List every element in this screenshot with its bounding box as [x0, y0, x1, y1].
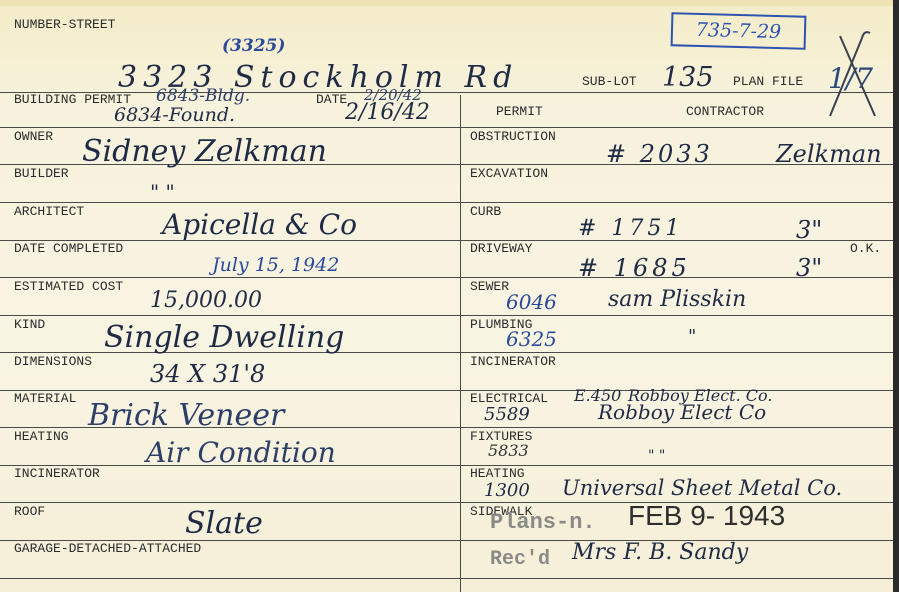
number-street-label: NUMBER-STREET: [14, 17, 115, 32]
card-right-edge: [893, 0, 899, 592]
curb-contractor-value: 3": [796, 216, 822, 244]
sewer-permit-value: 6046: [506, 290, 557, 314]
building-permit-value-1: 6843-Bldg.: [156, 86, 250, 106]
plumbing-permit-value: 6325: [506, 327, 557, 351]
dimensions-value: 34 X 31'8: [150, 360, 265, 388]
permit-column-header: PERMIT: [496, 104, 543, 119]
rule-architect: [0, 202, 893, 203]
incinerator-label: INCINERATOR: [14, 466, 100, 481]
material-value: Brick Veneer: [88, 398, 284, 433]
curb-permit-value: # 1751: [578, 216, 683, 241]
plan-file-label: PLAN FILE: [733, 74, 803, 89]
obstruction-contractor-value: Zelkman: [776, 140, 882, 168]
heating-permit-value: 1300: [484, 480, 530, 501]
driveway-contractor-value: 3": [796, 254, 822, 282]
card-top-band: [0, 0, 899, 6]
sewer-contractor-value: sam Plisskin: [608, 287, 746, 312]
received-stamp-label: Rec'd: [490, 548, 550, 571]
roof-label: ROOF: [14, 504, 45, 519]
contractor-column-header: CONTRACTOR: [686, 104, 764, 119]
right-incinerator-label: INCINERATOR: [470, 354, 556, 369]
material-label: MATERIAL: [14, 391, 76, 406]
rule-estimated-cost: [0, 277, 893, 278]
plans-stamp-date: FEB 9- 1943: [628, 500, 785, 532]
date-completed-label: DATE COMPLETED: [14, 241, 123, 256]
rule-date-completed: [0, 240, 893, 241]
file-number-stamp-text: 735-7-29: [696, 19, 782, 43]
electrical-contractor-value-2: Robboy Elect Co: [598, 400, 766, 424]
rule-owner: [0, 127, 893, 128]
rule-incinerator: [0, 465, 893, 466]
heating-contractor-value: Universal Sheet Metal Co.: [562, 476, 842, 500]
file-number-stamp: 735-7-29: [671, 12, 807, 50]
date-completed-value: July 15, 1942: [212, 254, 339, 276]
sewer-label: SEWER: [470, 279, 509, 294]
building-permit-value-2: 6834-Found.: [114, 104, 235, 126]
obstruction-permit-value: # 2033: [606, 140, 713, 168]
rule-kind: [0, 315, 893, 316]
address-correction: (3325): [222, 36, 285, 56]
driveway-permit-value: # 1685: [578, 254, 691, 282]
heating-label: HEATING: [14, 429, 69, 444]
curb-label: CURB: [470, 204, 501, 219]
right-heating-label: HEATING: [470, 466, 525, 481]
driveway-label: DRIVEWAY: [470, 241, 532, 256]
owner-label: OWNER: [14, 129, 53, 144]
heating-value: Air Condition: [146, 436, 336, 469]
builder-value: " ": [150, 180, 175, 204]
sublot-label: SUB-LOT: [582, 74, 637, 89]
obstruction-label: OBSTRUCTION: [470, 129, 556, 144]
roof-value: Slate: [185, 506, 263, 541]
dimensions-label: DIMENSIONS: [14, 354, 92, 369]
kind-label: KIND: [14, 317, 45, 332]
plans-stamp-label: Plans-n.: [490, 510, 596, 535]
plumbing-contractor-value: ": [688, 326, 696, 347]
permit-card: NUMBER-STREET (3325) 3323 Stockholm Rd S…: [0, 0, 899, 592]
owner-value: Sidney Zelkman: [82, 134, 327, 169]
kind-value: Single Dwelling: [104, 320, 344, 355]
estimated-cost-value: 15,000.00: [150, 288, 262, 313]
architect-label: ARCHITECT: [14, 204, 84, 219]
sublot-value: 135: [662, 62, 714, 93]
estimated-cost-label: ESTIMATED COST: [14, 279, 123, 294]
electrical-permit-value-2: 5589: [484, 404, 530, 425]
column-divider: [460, 95, 461, 592]
building-permit-date-2: 2/16/42: [345, 100, 430, 125]
builder-label: BUILDER: [14, 166, 69, 181]
driveway-ok-note: O.K.: [850, 241, 881, 256]
permit-date-label: DATE: [316, 92, 347, 107]
received-by-signature: Mrs F. B. Sandy: [572, 540, 748, 565]
fixtures-contractor-value: " ": [648, 448, 665, 464]
garage-label: GARAGE-DETACHED-ATTACHED: [14, 541, 201, 556]
rule-bottom: [0, 578, 893, 579]
cross-out-mark-icon: [820, 28, 880, 118]
architect-value: Apicella & Co: [162, 208, 357, 241]
excavation-label: EXCAVATION: [470, 166, 548, 181]
fixtures-permit-value: 5833: [488, 441, 529, 460]
